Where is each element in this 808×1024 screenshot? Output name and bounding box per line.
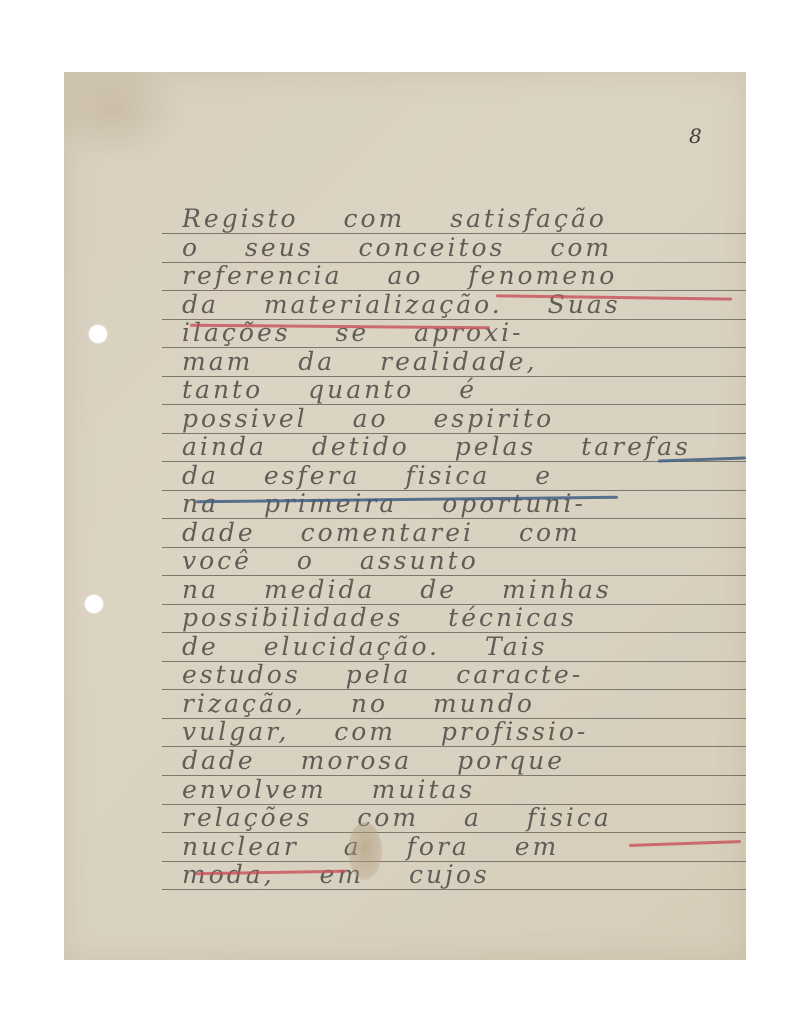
handwritten-line: da materialização. Suas — [182, 291, 740, 319]
handwritten-line: vulgar, com profissio- — [182, 718, 740, 746]
handwritten-line: Registo com satisfação — [182, 205, 740, 233]
punch-hole-top — [89, 325, 107, 343]
water-stain — [348, 822, 382, 880]
handwritten-line: referencia ao fenomeno — [182, 262, 740, 290]
handwritten-line: ilações se aproxi- — [182, 319, 740, 347]
ruled-line — [162, 889, 746, 890]
page-number: 8 — [689, 124, 702, 148]
handwritten-line: rização, no mundo — [182, 690, 740, 718]
age-stain — [64, 72, 184, 162]
handwritten-line: possibilidades técnicas — [182, 604, 740, 632]
handwritten-line: dade comentarei com — [182, 519, 740, 547]
handwritten-line: relações com a fisica — [182, 804, 740, 832]
handwritten-line: mam da realidade, — [182, 348, 740, 376]
handwritten-line: possivel ao espirito — [182, 405, 740, 433]
handwritten-line: nuclear a fora em — [182, 833, 740, 861]
handwritten-line: ainda detido pelas tarefas — [182, 433, 740, 461]
handwritten-line: você o assunto — [182, 547, 740, 575]
handwritten-line: moda, em cujos — [182, 861, 740, 889]
handwritten-line: na medida de minhas — [182, 576, 740, 604]
punch-hole-bottom — [85, 595, 103, 613]
handwritten-line: dade morosa porque — [182, 747, 740, 775]
handwritten-line: o seus conceitos com — [182, 234, 740, 262]
handwritten-line: tanto quanto é — [182, 376, 740, 404]
handwritten-line: envolvem muitas — [182, 776, 740, 804]
handwritten-line: na primeira oportuni- — [182, 490, 740, 518]
manuscript-page: 8 Registo com satisfação o seus conceito… — [64, 72, 746, 960]
handwritten-line: estudos pela caracte- — [182, 661, 740, 689]
handwritten-line: da esfera fisica e — [182, 462, 740, 490]
handwritten-line: de elucidação. Tais — [182, 633, 740, 661]
